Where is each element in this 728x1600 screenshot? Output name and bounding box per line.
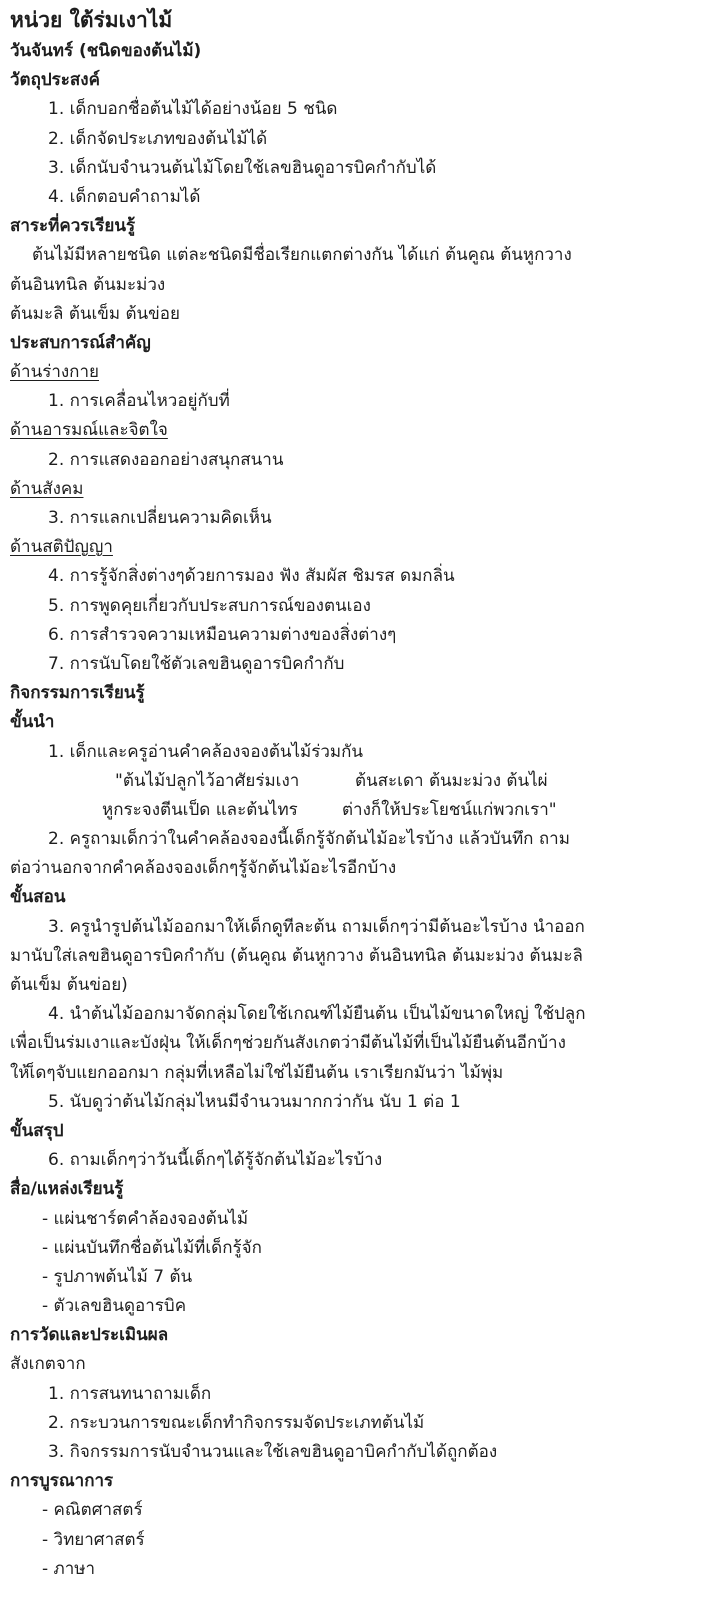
experience-item: 4. การรู้จักสิ่งต่างๆด้วยการมอง ฟัง สัมผ…	[10, 562, 722, 591]
activity-step-continued: ต้นเข็ม ต้นข่อย)	[10, 971, 722, 1000]
evaluation-item: 1. การสนทนาถามเด็ก	[10, 1380, 722, 1409]
content-heading: สาระที่ควรเรียนรู้	[10, 212, 722, 241]
experiences-heading: ประสบการณ์สำคัญ	[10, 329, 722, 358]
experience-group-label: ด้านร่างกาย	[10, 362, 99, 382]
intro-stage-label: ขั้นนำ	[10, 708, 722, 737]
objective-item: 1. เด็กบอกชื่อต้นไม้ได้อย่างน้อย 5 ชนิด	[10, 95, 722, 124]
activity-step-continued: ให้เ็ดๆจับแยกออกมา กลุ่มที่เหลือไม่ใช่ไม…	[10, 1059, 722, 1088]
materials-heading: สื่อ/แหล่งเรียนรู้	[10, 1175, 722, 1204]
evaluation-item: 3. กิจกรรมการนับจำนวนและใช้เลขฮินดูอาบิค…	[10, 1438, 722, 1467]
lesson-plan-document: หน่วย ใต้ร่มเงาไม้ วันจันทร์ (ชนิดของต้น…	[10, 4, 722, 1584]
experience-item: 3. การแลกเปลี่ยนความคิดเห็น	[10, 504, 722, 533]
activity-step: 5. นับดูว่าต้นไม้กลุ่มไหนมีจำนวนมากกว่าก…	[10, 1088, 722, 1117]
material-item: - แผ่นชาร์ตคำล้องจองต้นไม้	[10, 1205, 722, 1234]
experience-item: 6. การสำรวจความเหมือนความต่างของสิ่งต่าง…	[10, 621, 722, 650]
activity-step-continued: ต่อว่านอกจากคำคล้องจองเด็กๆรู้จักต้นไม้อ…	[10, 854, 722, 883]
teach-stage-label: ขั้นสอน	[10, 883, 722, 912]
experience-item: 7. การนับโดยใช้ตัวเลขฮินดูอารบิคกำกับ	[10, 650, 722, 679]
activity-step: 6. ถามเด็กๆว่าวันนี้เด็กๆได้รู้จักต้นไม้…	[10, 1146, 722, 1175]
evaluation-heading: การวัดและประเมินผล	[10, 1321, 722, 1350]
poem-line: "ต้นไม้ปลูกไว้อาศัยร่มเงา ต้นสะเดา ต้นมะ…	[10, 767, 722, 796]
evaluation-item: 2. กระบวนการขณะเด็กทำกิจกรรมจัดประเภทต้น…	[10, 1409, 722, 1438]
material-item: - รูปภาพต้นไม้ 7 ต้น	[10, 1263, 722, 1292]
experience-group-label: ด้านสังคม	[10, 479, 83, 499]
material-item: - แผ่นบันทึกชื่อต้นไม้ที่เด็กรู้จัก	[10, 1234, 722, 1263]
integration-heading: การบูรณาการ	[10, 1467, 722, 1496]
activity-step: 4. นำต้นไม้ออกมาจัดกลุ่มโดยใช้เกณฑ์ไม้ยื…	[10, 1000, 722, 1029]
content-text: ต้นมะลิ ต้นเข็ม ต้นข่อย	[10, 300, 722, 329]
experience-group-label: ด้านอารมณ์และจิตใจ	[10, 420, 168, 440]
poem-verse: ต่างก็ให้ประโยชน์แก่พวกเรา"	[342, 796, 557, 825]
activities-heading: กิจกรรมการเรียนรู้	[10, 679, 722, 708]
activity-step: 3. ครูนำรูปต้นไม้ออกมาให้เด็กดูทีละต้น ถ…	[10, 913, 722, 942]
activity-step-continued: เพื่อเป็นร่มเงาและบังฝุ่น ให้เด็กๆช่วยกั…	[10, 1029, 722, 1058]
poem-verse: หูกระจงตีนเป็ด และต้นไทร	[102, 796, 342, 825]
activity-step: 1. เด็กและครูอ่านคำคล้องจองต้นไม้ร่วมกัน	[10, 738, 722, 767]
experience-item: 2. การแสดงออกอย่างสนุกสนาน	[10, 446, 722, 475]
experience-item: 5. การพูดคุยเกี่ยวกับประสบการณ์ของตนเอง	[10, 592, 722, 621]
experience-group-label: ด้านสติปัญญา	[10, 537, 113, 557]
activity-step: 2. ครูถามเด็กว่าในคำคล้องจองนี้เด็กรู้จั…	[10, 825, 722, 854]
integration-item: - คณิตศาสตร์	[10, 1496, 722, 1525]
poem-verse: ต้นสะเดา ต้นมะม่วง ต้นไผ่	[355, 767, 548, 796]
poem-verse: "ต้นไม้ปลูกไว้อาศัยร่มเงา	[115, 767, 355, 796]
experience-item: 1. การเคลื่อนไหวอยู่กับที่	[10, 387, 722, 416]
objective-item: 4. เด็กตอบคำถามได้	[10, 183, 722, 212]
objective-item: 2. เด็กจัดประเภทของต้นไม้ได้	[10, 125, 722, 154]
integration-item: - วิทยาศาสตร์	[10, 1526, 722, 1555]
material-item: - ตัวเลขฮินดูอารบิค	[10, 1292, 722, 1321]
unit-title: หน่วย ใต้ร่มเงาไม้	[10, 4, 722, 37]
content-text: ต้นอินทนิล ต้นมะม่วง	[10, 271, 722, 300]
activity-step-continued: มานับใส่เลขฮินดูอารบิคกำกับ (ต้นคูณ ต้นห…	[10, 942, 722, 971]
observe-label: สังเกตจาก	[10, 1350, 722, 1379]
objectives-heading: วัตถุประสงค์	[10, 66, 722, 95]
integration-item: - ภาษา	[10, 1555, 722, 1584]
day-heading: วันจันทร์ (ชนิดของต้นไม้)	[10, 37, 722, 66]
poem-line: หูกระจงตีนเป็ด และต้นไทร ต่างก็ให้ประโยช…	[10, 796, 722, 825]
conclude-stage-label: ขั้นสรุป	[10, 1117, 722, 1146]
content-text: ต้นไม้มีหลายชนิด แต่ละชนิดมีชื่อเรียกแตก…	[10, 241, 722, 270]
objective-item: 3. เด็กนับจำนวนต้นไม้โดยใช้เลขฮินดูอารบิ…	[10, 154, 722, 183]
